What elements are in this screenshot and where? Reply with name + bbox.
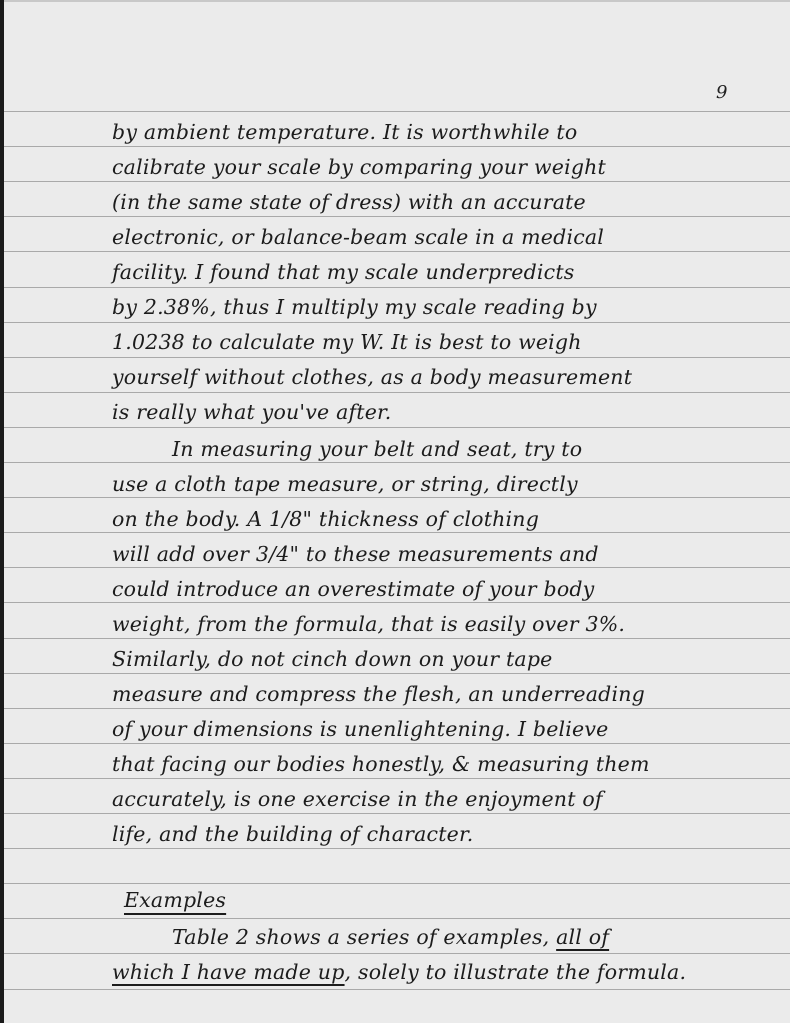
examples-line-1: Table 2 shows a series of examples, all … [172, 925, 609, 949]
page-top-edge [0, 0, 790, 2]
ruled-line [4, 989, 790, 990]
notebook-page: 9 by ambient temperature. It is worthwhi… [0, 0, 790, 1023]
text-line: Similarly, do not cinch down on your tap… [112, 647, 553, 671]
text-line: accurately, is one exercise in the enjoy… [112, 787, 603, 811]
ruled-line [4, 111, 790, 112]
ruled-line [4, 813, 790, 814]
paragraph-start-line: In measuring your belt and seat, try to [172, 437, 582, 461]
text-line: measure and compress the flesh, an under… [112, 682, 645, 706]
text-line: that facing our bodies honestly, & measu… [112, 752, 650, 776]
ruled-line [4, 287, 790, 288]
examples-line-2-text: , solely to illustrate the formula. [345, 960, 687, 984]
ruled-line [4, 918, 790, 919]
examples-line-1-text: Table 2 shows a series of examples, [172, 925, 556, 949]
ruled-line [4, 216, 790, 217]
page-left-edge [0, 0, 4, 1023]
ruled-line [4, 638, 790, 639]
text-line: calibrate your scale by comparing your w… [112, 155, 606, 179]
ruled-line [4, 883, 790, 884]
text-line: facility. I found that my scale underpre… [112, 260, 575, 284]
text-line: weight, from the formula, that is easily… [112, 612, 625, 636]
text-line: on the body. A 1/8" thickness of clothin… [112, 507, 539, 531]
text-line: by ambient temperature. It is worthwhile… [112, 120, 577, 144]
text-line: will add over 3/4" to these measurements… [112, 542, 599, 566]
ruled-line [4, 181, 790, 182]
ruled-line [4, 953, 790, 954]
ruled-line [4, 567, 790, 568]
text-line: of your dimensions is unenlightening. I … [112, 717, 609, 741]
text-line: 1.0238 to calculate my W. It is best to … [112, 330, 582, 354]
text-line: by 2.38%, thus I multiply my scale readi… [112, 295, 597, 319]
ruled-line [4, 497, 790, 498]
page-number: 9 [716, 82, 727, 103]
text-line: electronic, or balance-beam scale in a m… [112, 225, 604, 249]
ruled-line [4, 392, 790, 393]
examples-line-2: which I have made up, solely to illustra… [112, 960, 686, 984]
ruled-line [4, 673, 790, 674]
ruled-line [4, 708, 790, 709]
ruled-line [4, 532, 790, 533]
text-line: could introduce an overestimate of your … [112, 577, 594, 601]
ruled-line [4, 462, 790, 463]
examples-heading: Examples [124, 888, 226, 912]
ruled-line [4, 743, 790, 744]
ruled-line [4, 848, 790, 849]
underlined-phrase: which I have made up [112, 960, 345, 984]
ruled-line [4, 778, 790, 779]
text-line: life, and the building of character. [112, 822, 473, 846]
ruled-line [4, 357, 790, 358]
ruled-line [4, 427, 790, 428]
text-line: yourself without clothes, as a body meas… [112, 365, 632, 389]
ruled-line [4, 146, 790, 147]
text-line: is really what you've after. [112, 400, 392, 424]
underlined-phrase: all of [556, 925, 609, 949]
text-line: use a cloth tape measure, or string, dir… [112, 472, 578, 496]
text-line: (in the same state of dress) with an acc… [112, 190, 586, 214]
ruled-line [4, 602, 790, 603]
ruled-line [4, 251, 790, 252]
ruled-line [4, 322, 790, 323]
